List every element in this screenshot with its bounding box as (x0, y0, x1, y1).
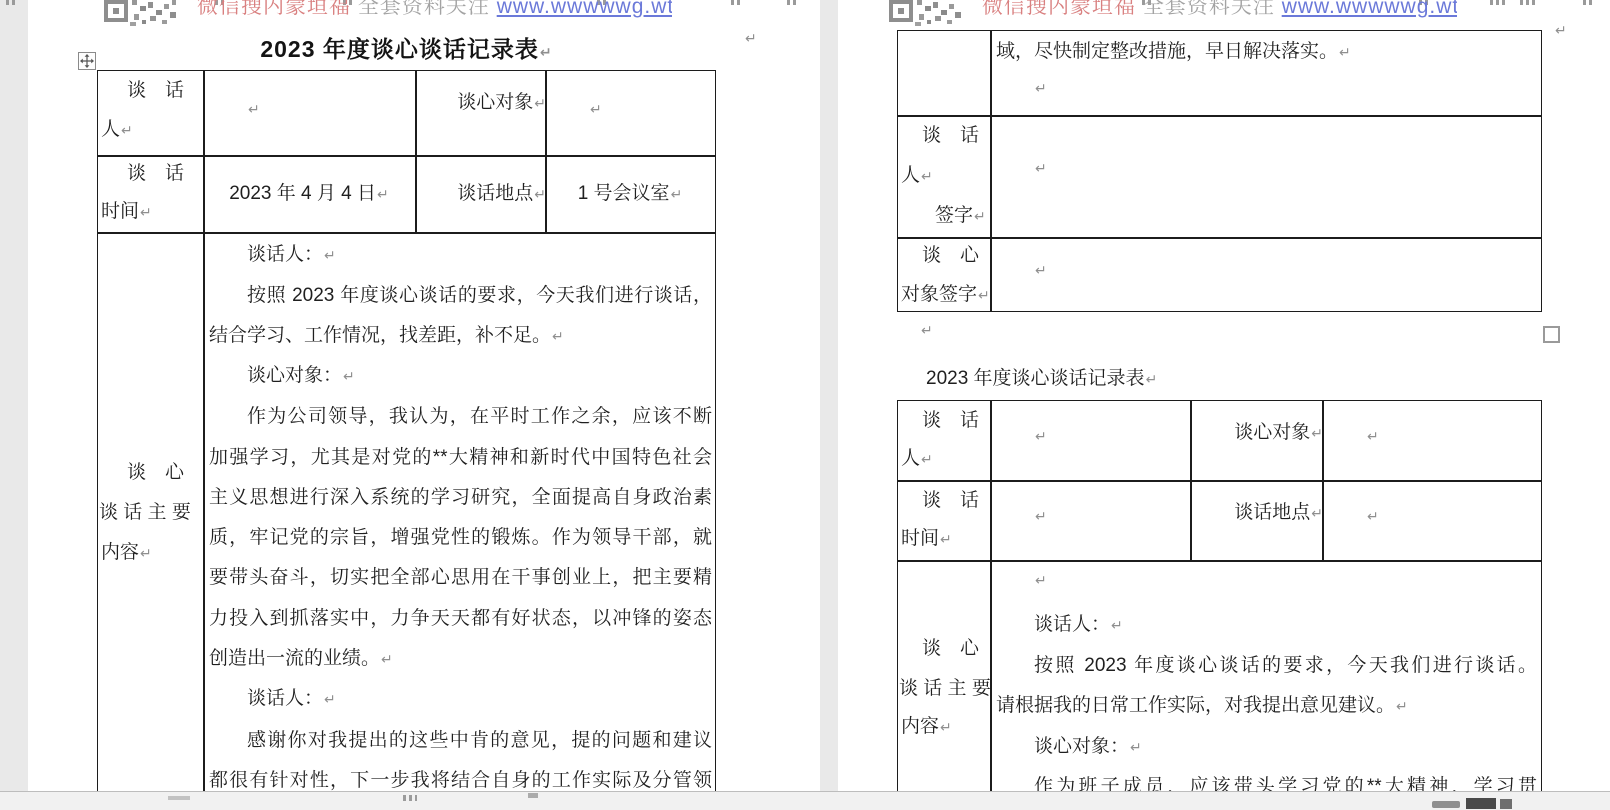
pilcrow-mark: ↵ (1129, 739, 1142, 755)
content-line: 力投入到抓落实中，力争天天都有好状态，以冲锋的姿态 (209, 607, 712, 631)
clipped-text-fragment (787, 0, 799, 5)
pilcrow-mark: ↵ (120, 122, 133, 138)
empty-cell-pilcrow: ↵ (1366, 508, 1379, 525)
line-text: 谈话人： (1034, 614, 1110, 635)
empty-line-pilcrow: ↵ (1034, 80, 1047, 97)
pilcrow-mark: ↵ (1310, 505, 1323, 521)
table-border (897, 560, 1542, 562)
cell-label-talk-target: 谈心对象↵ (415, 92, 546, 114)
cell-label-talker: 谈 话 (922, 410, 979, 432)
line-text: 谈话人： (247, 244, 323, 265)
watermark-red-text: 微信搜内蒙垣福 (197, 0, 351, 18)
table-border (97, 232, 716, 234)
cell-label-main-content-3: 内容↵ (901, 716, 952, 738)
cell-value-date: 2023 年 4 月 4 日↵ (203, 183, 415, 205)
value-text: 2023 年 4 月 4 日 (229, 183, 376, 204)
table-border (897, 480, 1542, 482)
label-text: 人 (901, 448, 920, 469)
cell-label-talk-place: 谈话地点↵ (415, 183, 546, 205)
content-line: 谈心对象：↵ (209, 364, 712, 388)
content-line: 结合学习、工作情况，找差距，补不足。↵ (209, 324, 712, 348)
cell-label-talk-target: 谈心对象↵ (1190, 422, 1323, 444)
pilcrow-mark: ↵ (551, 328, 564, 344)
document-view: 微信搜内蒙垣福 全套资料关注 www.wwwwwg.wtop ↵ 2023 年度… (0, 0, 1610, 810)
cell-label-talk-place: 谈话地点↵ (1190, 502, 1323, 524)
content-line: 域，尽快制定整改措施，早日解决落实。↵ (996, 40, 1537, 64)
header-watermark-text: 微信搜内蒙垣福 全套资料关注 www.wwwwwg.wtop (982, 0, 1457, 19)
cell-label-talker: 谈 话 (127, 80, 184, 102)
table-border (990, 400, 992, 810)
header-watermark-text: 微信搜内蒙垣福 全套资料关注 www.wwwwwg.wtop (197, 0, 672, 19)
content-line: 谈话人：↵ (209, 687, 712, 711)
qr-code-watermark (889, 0, 963, 28)
pilcrow-mark: ↵ (139, 545, 152, 561)
line-text: 谈心对象： (247, 365, 342, 386)
value-text: 1 号会议室 (578, 183, 670, 204)
pilcrow-mark: ↵ (1110, 617, 1123, 633)
pilcrow-mark: ↵ (939, 719, 952, 735)
table-border (897, 115, 1542, 117)
clipped-text-fragment (1520, 0, 1538, 5)
cell-label-target-signature-1: 谈 心 (922, 245, 979, 267)
empty-cell-pilcrow: ↵ (247, 101, 260, 118)
cell-label-main-content-1: 谈 心 (922, 638, 979, 660)
pilcrow-mark: ↵ (1395, 698, 1408, 714)
cell-label-talker-2: 人↵ (101, 119, 133, 141)
clipped-text-fragment (731, 0, 743, 5)
table-border (203, 70, 205, 810)
content-line: 按照 2023 年度谈心谈话的要求，今天我们进行谈话。 (996, 654, 1537, 678)
pilcrow-mark: ↵ (670, 186, 683, 202)
empty-cell-pilcrow: ↵ (1034, 508, 1047, 525)
cell-label-talker-2: 人↵ (901, 448, 933, 470)
cell-label-talker-signature-1: 谈 话 (922, 125, 979, 147)
content-line: 质，牢记党的宗旨，增强党性的锻炼。作为领导干部，就 (209, 526, 712, 550)
content-line: 谈心对象：↵ (996, 735, 1537, 759)
pilcrow-mark: ↵ (323, 691, 336, 707)
qr-code-watermark (104, 0, 180, 28)
content-line: 感谢你对我提出的这些中肯的意见，提的问题和建议 (209, 729, 712, 753)
label-text: 谈话地点 (457, 183, 533, 204)
label-text: 内容 (101, 542, 139, 563)
table-resize-handle[interactable] (1543, 326, 1560, 343)
line-text: 谈话人： (247, 688, 323, 709)
line-text: 请根据我的日常工作实际，对我提出意见建议。 (996, 695, 1395, 716)
empty-cell-pilcrow: ↵ (589, 101, 602, 118)
table-border (897, 237, 1542, 239)
cell-label-talk-time-2: 时间↵ (101, 201, 152, 223)
watermark-link[interactable]: www.wwwwwg.wtop (1282, 0, 1457, 18)
horizontal-scrollbar[interactable] (0, 791, 1610, 810)
pilcrow-mark: ↵ (920, 451, 933, 467)
cell-label-main-content-3: 内容↵ (101, 542, 152, 564)
empty-cell-pilcrow: ↵ (1366, 428, 1379, 445)
pilcrow-mark: ↵ (973, 208, 986, 224)
empty-cell-pilcrow: ↵ (1034, 262, 1047, 279)
line-text: 谈心对象： (1034, 736, 1129, 757)
watermark-gray-text: 全套资料关注 (1143, 0, 1275, 18)
label-text: 时间 (101, 201, 139, 222)
pilcrow-mark: ↵ (1554, 22, 1567, 39)
pilcrow-mark: ↵ (342, 368, 355, 384)
content-line: 加强学习，尤其是对党的**大精神和新时代中国特色社会 (209, 446, 712, 470)
pilcrow-mark: ↵ (1338, 44, 1351, 60)
label-text: 谈心对象 (1234, 422, 1310, 443)
pilcrow-mark: ↵ (323, 247, 336, 263)
scrollbar-thumb[interactable] (1432, 801, 1460, 808)
move-arrows-icon (79, 53, 95, 69)
pilcrow-mark: ↵ (920, 168, 933, 184)
second-table-title: 2023 年度谈心谈话记录表↵ (926, 367, 1157, 391)
pilcrow-mark: ↵ (539, 44, 553, 60)
scrollbar-mark (168, 796, 190, 800)
table-border (97, 155, 716, 157)
content-line: 创造出一流的业绩。↵ (209, 647, 712, 671)
record-table-right-top (897, 30, 1542, 312)
cell-label-talk-time: 谈 话 (922, 490, 979, 512)
status-bar-icon[interactable] (1500, 799, 1512, 809)
title-text: 2023 年度谈心谈话记录表 (926, 368, 1145, 389)
pilcrow-mark: ↵ (1310, 425, 1323, 441)
pilcrow-mark: ↵ (939, 531, 952, 547)
content-line: 请根据我的日常工作实际，对我提出意见建议。↵ (996, 694, 1537, 718)
cell-value-place: 1 号会议室↵ (545, 183, 715, 205)
content-line: 都很有针对性，下一步我将结合自身的工作实际及分管领 (209, 769, 712, 793)
label-text: 签字 (935, 205, 973, 226)
cell-label-main-content-1: 谈 心 (127, 462, 184, 484)
line-text: 域，尽快制定整改措施，早日解决落实。 (996, 41, 1338, 62)
page-title: 2023 年度谈心谈话记录表↵ (97, 34, 716, 67)
cell-label-target-signature-2: 对象签字↵ (901, 284, 990, 306)
line-text: 结合学习、工作情况，找差距，补不足。 (209, 325, 551, 346)
empty-cell-pilcrow: ↵ (1034, 428, 1047, 445)
cell-label-main-content-2: 谈 话 主 要 (899, 678, 991, 700)
empty-line-pilcrow: ↵ (1034, 572, 1047, 589)
label-text: 谈心对象 (457, 92, 533, 113)
cell-label-talker-signature-2: 人↵ (901, 165, 933, 187)
scrollbar-mark (403, 795, 417, 801)
paragraph-pilcrow: ↵ (920, 322, 933, 339)
label-text: 时间 (901, 528, 939, 549)
pilcrow-mark: ↵ (380, 651, 393, 667)
watermark-link[interactable]: www.wwwwwg.wtop (497, 0, 672, 18)
watermark-gray-text: 全套资料关注 (358, 0, 490, 18)
clipped-text-fragment (1583, 0, 1595, 5)
content-line: 谈话人：↵ (996, 613, 1537, 637)
pilcrow-mark: ↵ (533, 95, 546, 111)
scrollbar-mark (528, 793, 538, 798)
status-bar-icon[interactable] (1466, 798, 1496, 809)
label-text: 对象签字 (901, 284, 977, 305)
pilcrow-mark: ↵ (977, 287, 990, 303)
label-text: 人 (901, 165, 920, 186)
content-line: 主义思想进行深入系统的学习研究，全面提高自身政治素 (209, 486, 712, 510)
line-text: 创造出一流的业绩。 (209, 648, 380, 669)
empty-cell-pilcrow: ↵ (1034, 160, 1047, 177)
pilcrow-mark: ↵ (1145, 371, 1158, 387)
table-border (990, 30, 992, 312)
cell-label-talker-signature-3: 签字↵ (935, 205, 986, 227)
table-move-handle[interactable] (78, 52, 96, 70)
content-line: 要带头奋斗，切实把全部心思用在干事创业上，把主要精 (209, 566, 712, 590)
pilcrow-mark: ↵ (744, 30, 757, 47)
page-title-text: 2023 年度谈心谈话记录表 (260, 36, 539, 62)
label-text: 谈话地点 (1234, 502, 1310, 523)
watermark-red-text: 微信搜内蒙垣福 (982, 0, 1136, 18)
label-text: 人 (101, 119, 120, 140)
cell-label-talk-time: 谈 话 (127, 163, 184, 185)
clipped-text-fragment (6, 0, 18, 5)
pilcrow-mark: ↵ (139, 204, 152, 220)
clipped-text-fragment (1490, 0, 1508, 5)
content-line: 按照 2023 年度谈心谈话的要求，今天我们进行谈话， (209, 284, 712, 308)
pilcrow-mark: ↵ (376, 186, 389, 202)
cell-label-main-content-2: 谈 话 主 要 (99, 502, 191, 524)
content-line: 谈话人：↵ (209, 243, 712, 267)
content-line: 作为公司领导，我认为，在平时工作之余，应该不断 (209, 405, 712, 429)
label-text: 内容 (901, 716, 939, 737)
cell-label-talk-time-2: 时间↵ (901, 528, 952, 550)
